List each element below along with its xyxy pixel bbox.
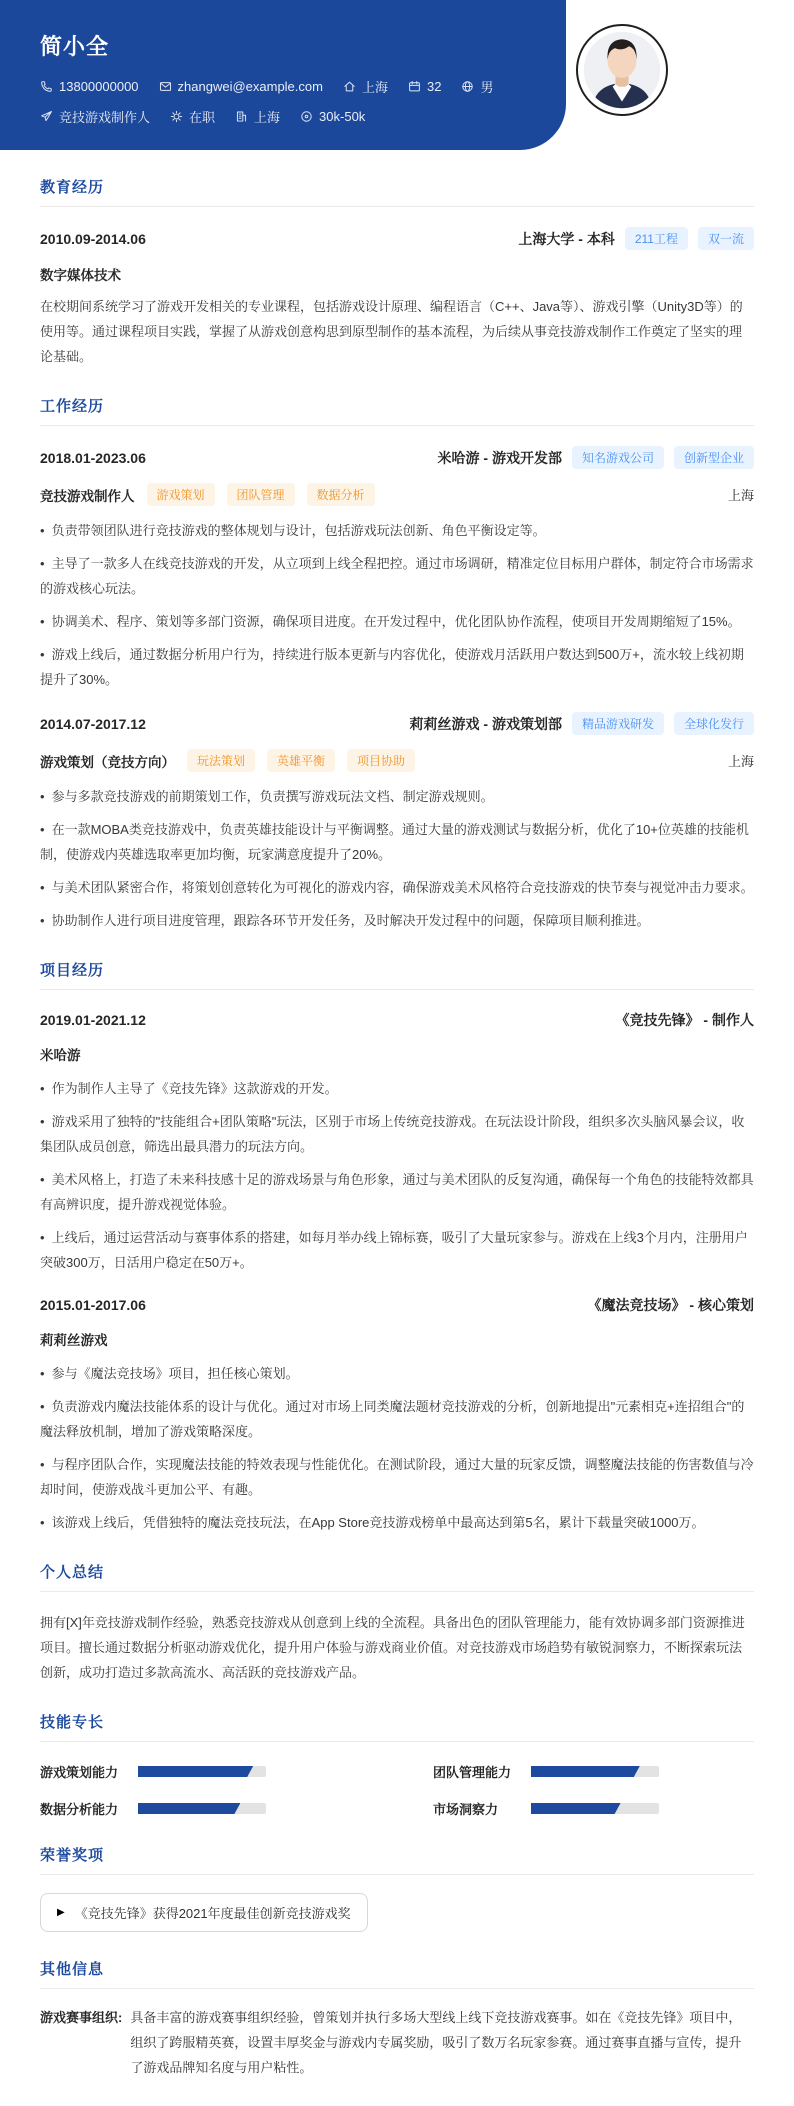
bullet-dot [40,789,45,804]
skill-label: 市场洞察力 [433,1799,531,1818]
skill-tag: 玩法策划 [187,749,255,772]
company-badge: 创新型企业 [674,446,754,469]
project-date: 2015.01-2017.06 [40,1297,146,1313]
bullet-dot [40,913,45,928]
salary-value: 30k-50k [319,109,365,124]
section-title-awards: 荣誉奖项 [40,1844,754,1875]
bullet-dot [40,1515,45,1530]
bullet-dot [40,647,45,662]
bullet-item: 游戏上线后，通过数据分析用户行为，持续进行版本更新与内容优化，使游戏月活跃用户数… [40,642,754,692]
company-badge: 精品游戏研发 [572,712,664,735]
bullet-item: 美术风格上，打造了未来科技感十足的游戏场景与角色形象，通过与美术团队的反复沟通，… [40,1167,754,1217]
salary-icon [300,110,313,123]
bullet-item: 主导了一款多人在线竞技游戏的开发，从立项到上线全程把控。通过市场调研，精准定位目… [40,551,754,601]
work-position: 竞技游戏制作人 [40,485,135,505]
resume-header: 简小全 13800000000 zhangwei@example.com 上海 [0,0,794,150]
school-degree: 上海大学 - 本科 [518,229,614,249]
gender-icon [461,80,474,93]
project-date: 2019.01-2021.12 [40,1012,146,1028]
project-bullets: 作为制作人主导了《竞技先锋》这款游戏的开发。 游戏采用了独特的"技能组合+团队策… [40,1076,754,1275]
education-major: 数字媒体技术 [40,264,754,284]
bullet-item: 协助制作人进行项目进度管理，跟踪各环节开发任务，及时解决开发过程中的问题，保障项… [40,908,754,933]
residence-value: 上海 [362,77,388,96]
avatar [576,24,668,116]
bullet-text: 上线后，通过运营活动与赛事体系的搭建，如每月举办线上锦标赛，吸引了大量玩家参与。… [40,1230,748,1270]
bullet-text: 该游戏上线后，凭借独特的魔法竞技玩法，在App Store竞技游戏榜单中最高达到… [52,1515,705,1530]
bullet-text: 与程序团队合作，实现魔法技能的特效表现与性能优化。在测试阶段，通过大量的玩家反馈… [40,1457,754,1497]
bullet-item: 协调美术、程序、策划等多部门资源，确保项目进度。在开发过程中，优化团队协作流程，… [40,609,754,634]
skill-bar-track [531,1803,659,1814]
bullet-text: 作为制作人主导了《竞技先锋》这款游戏的开发。 [52,1081,338,1096]
skill-label: 团队管理能力 [433,1762,531,1781]
age-value: 32 [427,79,441,94]
work-position: 游戏策划（竞技方向） [40,751,175,771]
skill-tag: 团队管理 [227,483,295,506]
bullet-text: 与美术团队紧密合作，将策划创意转化为可视化的游戏内容，确保游戏美术风格符合竞技游… [52,880,754,895]
bullet-dot [40,556,45,571]
award-item: ▶ 《竞技先锋》获得2021年度最佳创新竞技游戏奖 [40,1893,368,1932]
work-bullets: 参与多款竞技游戏的前期策划工作，负责撰写游戏玩法文档、制定游戏规则。 在一款MO… [40,784,754,933]
work-position-left: 游戏策划（竞技方向） 玩法策划 英雄平衡 项目协助 [40,749,415,772]
bullet-dot [40,1457,45,1472]
bullet-item: 与程序团队合作，实现魔法技能的特效表现与性能优化。在测试阶段，通过大量的玩家反馈… [40,1452,754,1502]
bullet-dot [40,614,45,629]
bullet-dot [40,822,45,837]
education-head-right: 上海大学 - 本科 211工程 双一流 [518,227,754,250]
email-icon [159,80,172,93]
education-date: 2010.09-2014.06 [40,231,146,247]
other-info-text: 具备丰富的游戏赛事组织经验，曾策划并执行多场大型线上线下竞技游戏赛事。如在《竞技… [130,2005,754,2080]
education-entry: 2010.09-2014.06 上海大学 - 本科 211工程 双一流 数字媒体… [40,227,754,369]
phone-value: 13800000000 [59,79,139,94]
bullet-dot [40,1114,45,1129]
skill-bar-fill [138,1803,240,1814]
skill-bar-fill [531,1803,621,1814]
bullet-item: 负责带领团队进行竞技游戏的整体规划与设计，包括游戏玩法创新、角色平衡设定等。 [40,518,754,543]
skill-bar-track [138,1803,266,1814]
resume-body: 教育经历 2010.09-2014.06 上海大学 - 本科 211工程 双一流… [0,176,794,2106]
skill-bar-track [531,1766,659,1777]
project-company: 莉莉丝游戏 [40,1329,754,1349]
contact-age: 32 [408,79,441,94]
bullet-text: 游戏上线后，通过数据分析用户行为，持续进行版本更新与内容优化，使游戏月活跃用户数… [40,647,744,687]
project-head: 2019.01-2021.12 《竞技先锋》 - 制作人 [40,1010,754,1030]
avatar-photo [581,29,663,111]
contact-job-status: 在职 [170,107,215,126]
skill-item: 游戏策划能力 [40,1762,361,1781]
bullet-dot [40,880,45,895]
work-company: 米哈游 - 游戏开发部 [438,448,562,468]
target-position-value: 竞技游戏制作人 [59,107,150,126]
gender-value: 男 [480,77,493,96]
skill-item: 数据分析能力 [40,1799,361,1818]
skill-item: 团队管理能力 [433,1762,754,1781]
work-entry-head: 2014.07-2017.12 莉莉丝游戏 - 游戏策划部 精品游戏研发 全球化… [40,712,754,735]
skill-tag: 数据分析 [307,483,375,506]
bullet-text: 负责游戏内魔法技能体系的设计与优化。通过对市场上同类魔法题材竞技游戏的分析，创新… [40,1399,744,1439]
work-date: 2018.01-2023.06 [40,450,146,466]
skill-bar-fill [531,1766,640,1777]
status-icon [170,110,183,123]
home-icon [343,80,356,93]
phone-icon [40,80,53,93]
other-info-label: 游戏赛事组织: [40,2005,122,2030]
section-title-work: 工作经历 [40,395,754,426]
bullet-text: 在一款MOBA类竞技游戏中，负责英雄技能设计与平衡调整。通过大量的游戏测试与数据… [40,822,749,862]
bullet-text: 参与《魔法竞技场》项目，担任核心策划。 [52,1366,299,1381]
skill-tag: 项目协助 [347,749,415,772]
bullet-text: 美术风格上，打造了未来科技感十足的游戏场景与角色形象，通过与美术团队的反复沟通，… [40,1172,754,1212]
section-title-summary: 个人总结 [40,1561,754,1592]
bullet-item: 作为制作人主导了《竞技先锋》这款游戏的开发。 [40,1076,754,1101]
project-entry-2: 2015.01-2017.06 《魔法竞技场》 - 核心策划 莉莉丝游戏 参与《… [40,1295,754,1535]
bullet-item: 与美术团队紧密合作，将策划创意转化为可视化的游戏内容，确保游戏美术风格符合竞技游… [40,875,754,900]
contact-row-2: 竞技游戏制作人 在职 上海 30k-50k [40,107,566,126]
company-badge: 全球化发行 [674,712,754,735]
bullet-dot [40,1366,45,1381]
other-info-row: 游戏赛事组织: 具备丰富的游戏赛事组织经验，曾策划并执行多场大型线上线下竞技游戏… [40,2005,754,2080]
bullet-item: 参与《魔法竞技场》项目，担任核心策划。 [40,1361,754,1386]
project-name-role: 《魔法竞技场》 - 核心策划 [588,1295,754,1315]
bullet-text: 协助制作人进行项目进度管理，跟踪各环节开发任务，及时解决开发过程中的问题，保障项… [52,913,650,928]
work-position-left: 竞技游戏制作人 游戏策划 团队管理 数据分析 [40,483,375,506]
skill-tag: 游戏策划 [147,483,215,506]
bullet-text: 参与多款竞技游戏的前期策划工作，负责撰写游戏玩法文档、制定游戏规则。 [52,789,494,804]
bullet-dot [40,1081,45,1096]
bullet-item: 负责游戏内魔法技能体系的设计与优化。通过对市场上同类魔法题材竞技游戏的分析，创新… [40,1394,754,1444]
bullet-dot [40,523,45,538]
bullet-item: 参与多款竞技游戏的前期策划工作，负责撰写游戏玩法文档、制定游戏规则。 [40,784,754,809]
project-company: 米哈游 [40,1044,754,1064]
bullet-item: 在一款MOBA类竞技游戏中，负责英雄技能设计与平衡调整。通过大量的游戏测试与数据… [40,817,754,867]
city-icon [235,110,248,123]
skill-tag: 英雄平衡 [267,749,335,772]
work-company: 莉莉丝游戏 - 游戏策划部 [410,714,562,734]
work-position-row: 竞技游戏制作人 游戏策划 团队管理 数据分析 上海 [40,483,754,506]
bullet-text: 主导了一款多人在线竞技游戏的开发，从立项到上线全程把控。通过市场调研，精准定位目… [40,556,754,596]
bullet-item: 游戏采用了独特的"技能组合+团队策略"玩法，区别于市场上传统竞技游戏。在玩法设计… [40,1109,754,1159]
candidate-name: 简小全 [40,30,566,61]
summary-text: 拥有[X]年竞技游戏制作经验，熟悉竞技游戏从创意到上线的全流程。具备出色的团队管… [40,1610,754,1685]
bullet-item: 该游戏上线后，凭借独特的魔法竞技玩法，在App Store竞技游戏榜单中最高达到… [40,1510,754,1535]
project-entry-1: 2019.01-2021.12 《竞技先锋》 - 制作人 米哈游 作为制作人主导… [40,1010,754,1275]
project-bullets: 参与《魔法竞技场》项目，担任核心策划。 负责游戏内魔法技能体系的设计与优化。通过… [40,1361,754,1535]
bullet-dot [40,1399,45,1414]
school-badge: 双一流 [698,227,754,250]
work-head-right: 莉莉丝游戏 - 游戏策划部 精品游戏研发 全球化发行 [410,712,754,735]
work-entry-2: 2014.07-2017.12 莉莉丝游戏 - 游戏策划部 精品游戏研发 全球化… [40,712,754,933]
position-icon [40,110,53,123]
bullet-dot [40,1172,45,1187]
job-status-value: 在职 [189,107,215,126]
email-value: zhangwei@example.com [178,79,323,94]
work-location: 上海 [728,751,754,770]
skills-grid: 游戏策划能力 团队管理能力 数据分析能力 市场洞察力 [40,1762,754,1818]
contact-target-position: 竞技游戏制作人 [40,107,150,126]
section-title-other: 其他信息 [40,1958,754,1989]
work-city-value: 上海 [254,107,280,126]
work-position-row: 游戏策划（竞技方向） 玩法策划 英雄平衡 项目协助 上海 [40,749,754,772]
bullet-item: 上线后，通过运营活动与赛事体系的搭建，如每月举办线上锦标赛，吸引了大量玩家参与。… [40,1225,754,1275]
education-head: 2010.09-2014.06 上海大学 - 本科 211工程 双一流 [40,227,754,250]
skill-bar-track [138,1766,266,1777]
project-name-role: 《竞技先锋》 - 制作人 [616,1010,754,1030]
work-date: 2014.07-2017.12 [40,716,146,732]
contact-phone: 13800000000 [40,79,139,94]
age-icon [408,80,421,93]
skill-item: 市场洞察力 [433,1799,754,1818]
bullet-text: 负责带领团队进行竞技游戏的整体规划与设计，包括游戏玩法创新、角色平衡设定等。 [52,523,546,538]
section-title-projects: 项目经历 [40,959,754,990]
project-head: 2015.01-2017.06 《魔法竞技场》 - 核心策划 [40,1295,754,1315]
contact-residence: 上海 [343,77,388,96]
work-location: 上海 [728,485,754,504]
work-entry-1: 2018.01-2023.06 米哈游 - 游戏开发部 知名游戏公司 创新型企业… [40,446,754,692]
skill-bar-fill [138,1766,253,1777]
skill-label: 游戏策划能力 [40,1762,138,1781]
skill-label: 数据分析能力 [40,1799,138,1818]
school-badge: 211工程 [625,227,688,250]
work-entry-head: 2018.01-2023.06 米哈游 - 游戏开发部 知名游戏公司 创新型企业 [40,446,754,469]
contact-row-1: 13800000000 zhangwei@example.com 上海 32 [40,77,566,96]
work-head-right: 米哈游 - 游戏开发部 知名游戏公司 创新型企业 [438,446,754,469]
section-title-skills: 技能专长 [40,1711,754,1742]
play-icon: ▶ [57,1908,65,1918]
bullet-text: 协调美术、程序、策划等多部门资源，确保项目进度。在开发过程中，优化团队协作流程，… [52,614,741,629]
award-text: 《竞技先锋》获得2021年度最佳创新竞技游戏奖 [75,1903,351,1922]
bullet-dot [40,1230,45,1245]
header-background: 简小全 13800000000 zhangwei@example.com 上海 [0,0,566,150]
work-bullets: 负责带领团队进行竞技游戏的整体规划与设计，包括游戏玩法创新、角色平衡设定等。 主… [40,518,754,692]
contact-salary: 30k-50k [300,109,365,124]
company-badge: 知名游戏公司 [572,446,664,469]
education-description: 在校期间系统学习了游戏开发相关的专业课程，包括游戏设计原理、编程语言（C++、J… [40,294,754,369]
contact-work-city: 上海 [235,107,280,126]
bullet-text: 游戏采用了独特的"技能组合+团队策略"玩法，区别于市场上传统竞技游戏。在玩法设计… [40,1114,744,1154]
contact-gender: 男 [461,77,493,96]
section-title-education: 教育经历 [40,176,754,207]
contact-email: zhangwei@example.com [159,79,323,94]
